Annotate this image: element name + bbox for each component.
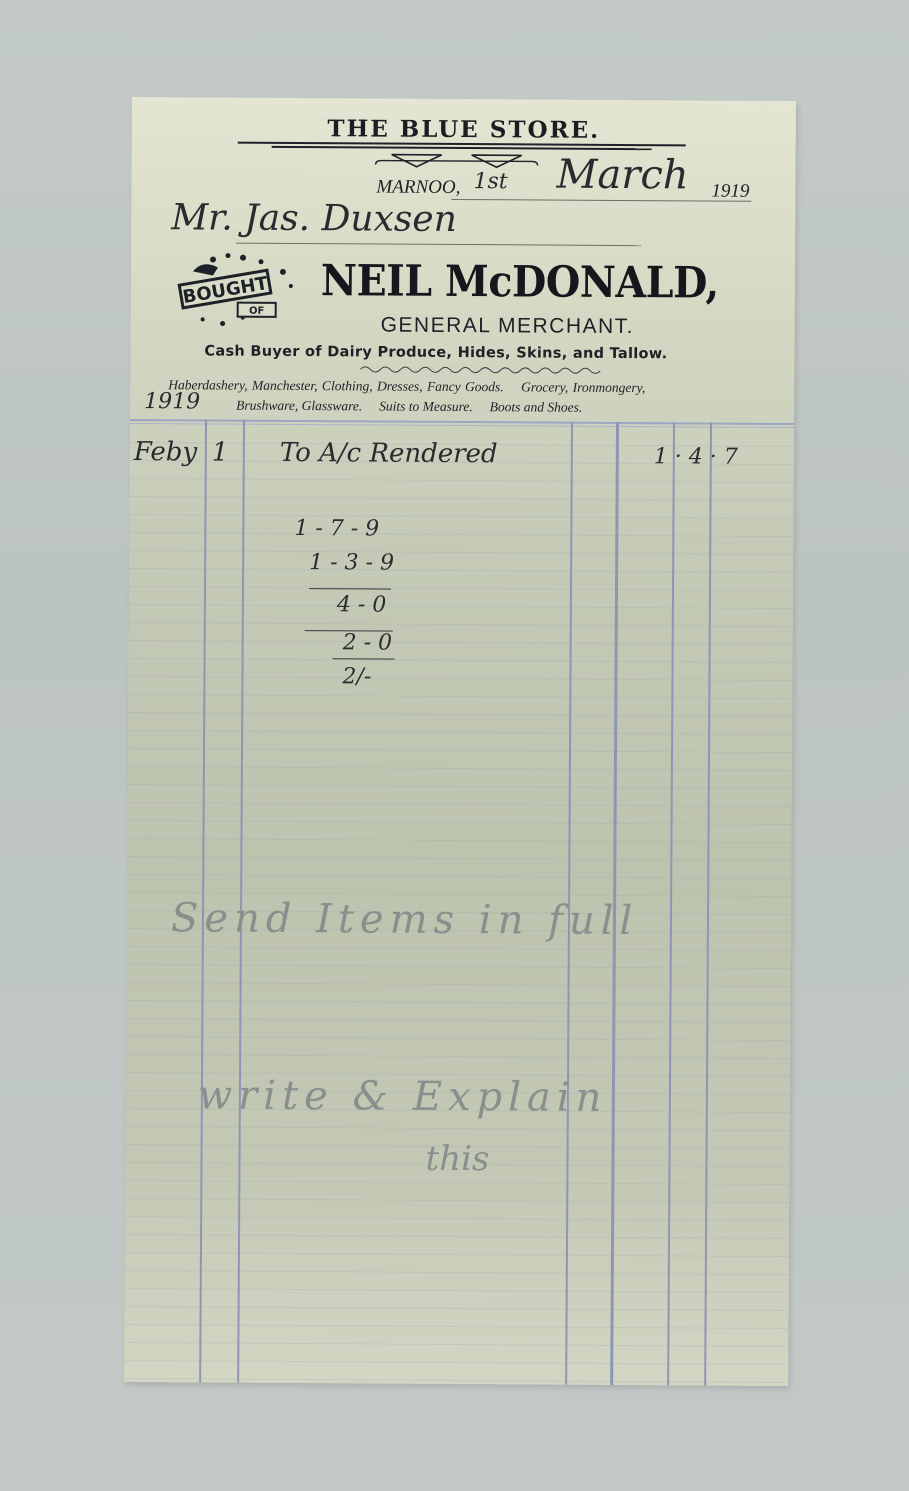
ledger-row-rule	[126, 1000, 790, 1005]
ledger-year: 1919	[144, 389, 200, 414]
ledger-row-rule	[126, 1036, 790, 1041]
ledger-row-rule	[124, 1360, 788, 1365]
ledger-row-rule	[129, 514, 793, 519]
date-line	[451, 199, 751, 202]
ledger-row-rule	[130, 496, 794, 501]
ledger-row-rule	[130, 478, 794, 483]
ledger-row-rule	[126, 1018, 790, 1023]
ledger-row-rule	[127, 838, 791, 843]
ornament-icon	[372, 150, 552, 177]
store-title: THE BLUE STORE.	[132, 114, 796, 145]
goods-line-1: Haberdashery, Manchester, Clothing, Dres…	[168, 377, 645, 396]
calc-line-4: 2 - 0	[343, 630, 393, 655]
ledger-row-rule	[127, 982, 791, 987]
ledger-row-rule	[128, 676, 792, 681]
ledger-row-rule	[128, 820, 792, 825]
ledger-row-rule	[128, 766, 792, 771]
goods-line-2: Brushware, Glassware. Suits to Measure. …	[236, 398, 582, 416]
ledger-row-rule	[129, 586, 793, 591]
addressee: Mr. Jas. Duxsen	[171, 197, 457, 240]
entry-amount: 1 · 4 · 7	[654, 444, 738, 470]
ledger-row-rule	[125, 1306, 789, 1311]
ledger-column-rule	[704, 423, 711, 1386]
invoice-sheet: THE BLUE STORE. MARNOO, 1st March 1919 M…	[124, 97, 796, 1386]
entry-description: To A/c Rendered	[280, 438, 498, 469]
calc-line-2: 1 - 3 - 9	[309, 550, 394, 576]
ledger-row-rule	[129, 532, 793, 537]
bought-of-emblem-icon: BOUGHT OF	[173, 249, 303, 330]
ledger-row-rule	[125, 1198, 789, 1203]
calc-line-5: 2/-	[342, 664, 371, 689]
handwritten-day: 1st	[473, 169, 507, 194]
entry-month: Feby	[134, 437, 198, 467]
ledger-row-rule	[124, 1324, 788, 1329]
ledger-column-rule	[667, 422, 674, 1385]
ledger-row-rule	[127, 946, 791, 951]
addressee-line	[236, 243, 641, 246]
ledger-row-rule	[124, 1342, 788, 1347]
calc-line-1: 1 - 7 - 9	[294, 516, 379, 542]
pencil-note-1: Send Items in full	[171, 895, 639, 944]
buyer-tagline: Cash Buyer of Dairy Produce, Hides, Skin…	[204, 343, 667, 362]
ledger-row-rule	[125, 1288, 789, 1293]
ledger-row-rule	[128, 784, 792, 789]
calc-line-3: 4 - 0	[337, 592, 387, 617]
ledger-row-rule	[129, 604, 793, 609]
town-name: MARNOO,	[376, 176, 460, 199]
wavy-divider-icon	[360, 364, 600, 375]
ledger-row-rule	[125, 1252, 789, 1257]
ledger-row-rule	[129, 550, 793, 555]
ledger-row-rule	[126, 1054, 790, 1059]
ledger-row-rule	[128, 694, 792, 699]
ledger-row-rule	[127, 856, 791, 861]
handwritten-month: March	[556, 152, 688, 199]
merchant-name: NEIL McDONALD,	[321, 256, 719, 308]
ledger-row-rule	[128, 748, 792, 753]
svg-text:OF: OF	[249, 306, 264, 317]
ledger-row-rule	[129, 568, 793, 573]
title-underline-inner	[272, 146, 652, 150]
ledger-row-rule	[128, 712, 792, 717]
entry-day: 1	[212, 437, 229, 467]
ledger-row-rule	[127, 964, 791, 969]
ledger-row-rule	[129, 640, 793, 645]
ledger-horizontal-rules	[132, 97, 796, 101]
pencil-note-3: this	[425, 1139, 489, 1179]
ledger-row-rule	[125, 1216, 789, 1221]
merchant-role: GENERAL MERCHANT.	[381, 314, 635, 340]
pencil-note-2: write & Explain	[198, 1072, 608, 1121]
calc-rule	[309, 588, 391, 590]
ledger-row-rule	[125, 1180, 789, 1185]
date-year: 1919	[711, 181, 749, 203]
ledger-row-rule	[127, 874, 791, 879]
ledger-row-rule	[124, 1378, 788, 1383]
ledger-row-rule	[129, 622, 793, 627]
ledger-row-rule	[129, 658, 793, 663]
ledger-row-rule	[128, 802, 792, 807]
ledger-row-rule	[125, 1270, 789, 1275]
ledger-row-rule	[128, 730, 792, 735]
ledger-row-rule	[125, 1234, 789, 1239]
ledger-row-rule	[126, 1126, 790, 1131]
